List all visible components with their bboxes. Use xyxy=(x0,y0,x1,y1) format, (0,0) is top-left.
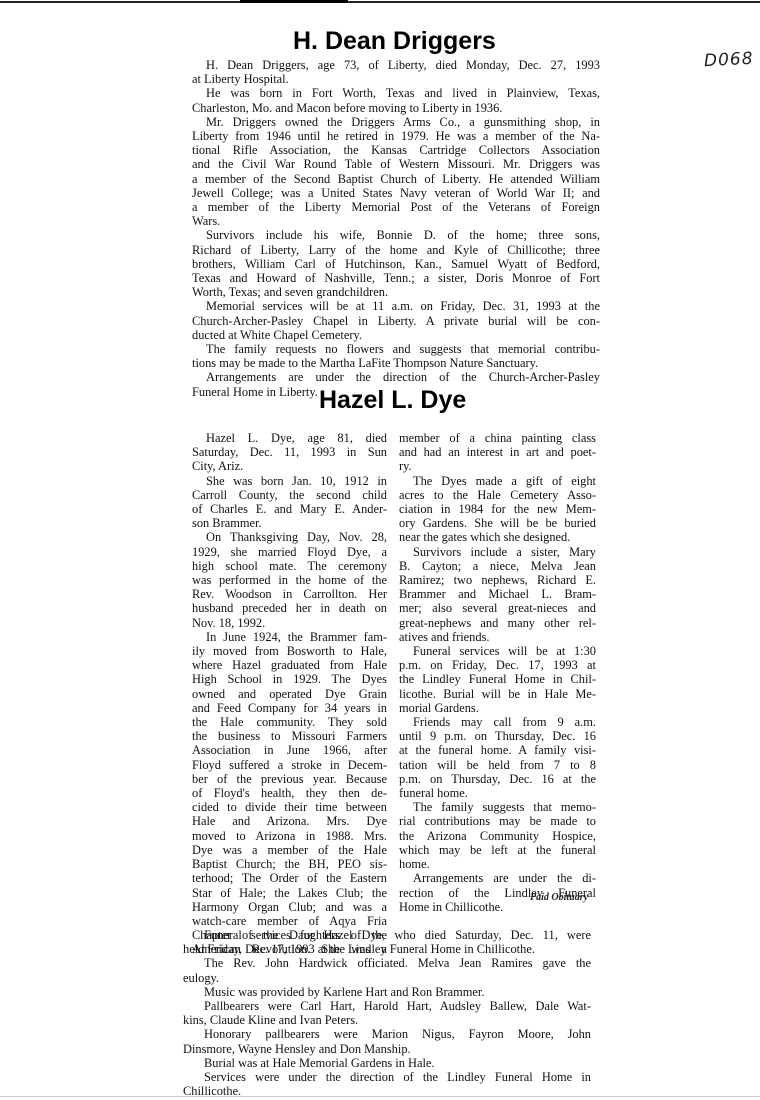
text-line: Ramirez; two nephews, Richard E. xyxy=(399,573,596,587)
text-line: Friends may call from 9 a.m. xyxy=(399,715,596,729)
text-line: Rev. Woodson in Carrollton. Her xyxy=(192,587,387,601)
text-line: morial Gardens. xyxy=(399,701,596,715)
text-line: member of a china painting class xyxy=(399,431,596,445)
text-line: H. Dean Driggers, age 73, of Liberty, di… xyxy=(192,58,600,72)
text-line: On Thanksgiving Day, Nov. 28, xyxy=(192,530,387,544)
text-line: Dye was a member of the Hale xyxy=(192,843,387,857)
text-line: He was born in Fort Worth, Texas and liv… xyxy=(192,86,600,100)
text-line: and the Civil War Round Table of Western… xyxy=(192,157,600,171)
text-line: funeral home. xyxy=(399,786,596,800)
text-line: home. xyxy=(399,857,596,871)
text-line: The family requests no flowers and sugge… xyxy=(192,342,600,356)
text-line: ducted at White Chapel Cemetery. xyxy=(192,328,600,342)
text-line: Arrangements are under the direction of … xyxy=(192,370,600,384)
text-line: The family suggests that memo- xyxy=(399,800,596,814)
page-top-rule xyxy=(0,1,760,3)
text-line: Hale and Arizona. Mrs. Dye xyxy=(192,814,387,828)
text-line: which may be left at the funeral xyxy=(399,843,596,857)
obituary-body-dye-left-column: Hazel L. Dye, age 81, diedSaturday, Dec.… xyxy=(192,431,387,957)
text-line: terhood; The Order of the Eastern xyxy=(192,871,387,885)
text-line: ory Gardens. She will be be buried xyxy=(399,516,596,530)
text-line: husband preceded her in death on xyxy=(192,601,387,615)
text-line: eulogy. xyxy=(183,971,591,985)
text-line: High School in 1929. The Dyes xyxy=(192,672,387,686)
text-line: Burial was at Hale Memorial Gardens in H… xyxy=(183,1056,591,1070)
text-line: moved to Arizona in 1988. Mrs. xyxy=(192,829,387,843)
text-line: Carroll County, the second child xyxy=(192,488,387,502)
text-line: brothers, William Carl of Hutchinson, Ka… xyxy=(192,257,600,271)
text-line: Texas and Howard of Nashville, Tenn.; a … xyxy=(192,271,600,285)
text-line: Mr. Driggers owned the Driggers Arms Co.… xyxy=(192,115,600,129)
funeral-report-dye: Funeral services for Hazel Dye, who died… xyxy=(183,928,591,1098)
text-line: at the funeral home. A family visi- xyxy=(399,743,596,757)
text-line: City, Ariz. xyxy=(192,459,387,473)
text-line: In June 1924, the Brammer fam- xyxy=(192,630,387,644)
text-line: mer; also several great-nieces and xyxy=(399,601,596,615)
text-line: Star of Hale; the Lakes Club; the xyxy=(192,886,387,900)
text-line: of Charles E. and Mary E. Ander- xyxy=(192,502,387,516)
text-line: Church-Archer-Pasley Chapel in Liberty. … xyxy=(192,314,600,328)
text-line: The Rev. John Hardwick officiated. Melva… xyxy=(183,956,591,970)
text-line: the Lindley Funeral Home in Chil- xyxy=(399,672,596,686)
page-top-clipping-edge xyxy=(240,0,348,3)
text-line: great-nephews and many other rel- xyxy=(399,616,596,630)
text-line: cided to divide their time between xyxy=(192,800,387,814)
text-line: tation will be held from 7 to 8 xyxy=(399,758,596,772)
text-line: ily moved from Bosworth to Hale, xyxy=(192,644,387,658)
text-line: the Arizona Community Hospice, xyxy=(399,829,596,843)
text-line: and had an interest in art and poet- xyxy=(399,445,596,459)
text-line: until 9 p.m. on Thursday, Dec. 16 xyxy=(399,729,596,743)
text-line: Brammer and Michael L. Bram- xyxy=(399,587,596,601)
text-line: Wars. xyxy=(192,214,600,228)
obituary-body-dye-right-column: member of a china painting classand had … xyxy=(399,431,596,914)
text-line: kins, Claude Kline and Ivan Peters. xyxy=(183,1013,591,1027)
obituary-title-dye: Hazel L. Dye xyxy=(319,386,466,415)
text-line: licothe. Burial will be in Hale Me- xyxy=(399,687,596,701)
text-line: a member of the Second Baptist Church of… xyxy=(192,172,600,186)
text-line: at Liberty Hospital. xyxy=(192,72,600,86)
text-line: Music was provided by Karlene Hart and R… xyxy=(183,985,591,999)
text-line: the business to Missouri Farmers xyxy=(192,729,387,743)
text-line: The Dyes made a gift of eight xyxy=(399,474,596,488)
text-line: ry. xyxy=(399,459,596,473)
text-line: Funeral services will be at 1:30 xyxy=(399,644,596,658)
text-line: ber of the previous year. Because xyxy=(192,772,387,786)
text-line: Funeral services for Hazel Dye, who died… xyxy=(183,928,591,942)
text-line: Charleston, Mo. and Macon before moving … xyxy=(192,101,600,115)
text-line: held Friday, Dec. 17, 1993 at the Lindle… xyxy=(183,942,591,956)
text-line: acres to the Hale Cemetery Asso- xyxy=(399,488,596,502)
text-line: owned and operated Dye Grain xyxy=(192,687,387,701)
text-line: the Hale community. They sold xyxy=(192,715,387,729)
text-line: p.m. on Friday, Dec. 17, 1993 at xyxy=(399,658,596,672)
text-line: Association in June 1966, after xyxy=(192,743,387,757)
text-line: tional Rifle Association, the Kansas Car… xyxy=(192,143,600,157)
text-line: Liberty from 1946 until he retired in 19… xyxy=(192,129,600,143)
text-line: Baptist Church; the BH, PEO sis- xyxy=(192,857,387,871)
text-line: Survivors include his wife, Bonnie D. of… xyxy=(192,228,600,242)
text-line: atives and friends. xyxy=(399,630,596,644)
text-line: where Hazel graduated from Hale xyxy=(192,658,387,672)
text-line: tions may be made to the Martha LaFite T… xyxy=(192,356,600,370)
text-line: Pallbearers were Carl Hart, Harold Hart,… xyxy=(183,999,591,1013)
text-line: Survivors include a sister, Mary xyxy=(399,545,596,559)
text-line: rial contributions may be made to xyxy=(399,814,596,828)
text-line: son Brammer. xyxy=(192,516,387,530)
text-line: Richard of Liberty, Larry of the home an… xyxy=(192,243,600,257)
text-line: near the gates which she designed. xyxy=(399,530,596,544)
text-line: Arrangements are under the di- xyxy=(399,871,596,885)
obituary-title-driggers: H. Dean Driggers xyxy=(293,27,496,56)
text-line: and Feed Company for 34 years in xyxy=(192,701,387,715)
text-line: She was born Jan. 10, 1912 in xyxy=(192,474,387,488)
obituary-body-driggers: H. Dean Driggers, age 73, of Liberty, di… xyxy=(192,58,600,399)
text-line: Worth, Texas; and seven grandchildren. xyxy=(192,285,600,299)
page-bottom-edge xyxy=(0,1096,760,1097)
text-line: Hazel L. Dye, age 81, died xyxy=(192,431,387,445)
handwritten-archive-number: D068 xyxy=(704,49,755,72)
paid-obituary-label: Paid Obituary xyxy=(530,892,588,903)
text-line: p.m. on Thursday, Dec. 16 at the xyxy=(399,772,596,786)
text-line: Services were under the direction of the… xyxy=(183,1070,591,1084)
text-line: Honorary pallbearers were Marion Nigus, … xyxy=(183,1027,591,1041)
text-line: Memorial services will be at 11 a.m. on … xyxy=(192,299,600,313)
text-line: watch-care member of Aqya Fria xyxy=(192,914,387,928)
text-line: of Floyd's health, they then de- xyxy=(192,786,387,800)
text-line: Harmony Organ Club; and was a xyxy=(192,900,387,914)
text-line: Nov. 18, 1992. xyxy=(192,616,387,630)
text-line: 1929, she married Floyd Dye, a xyxy=(192,545,387,559)
text-line: was performed in the home of the xyxy=(192,573,387,587)
text-line: Dinsmore, Wayne Hensley and Don Manship. xyxy=(183,1042,591,1056)
text-line: Floyd suffered a stroke in Decem- xyxy=(192,758,387,772)
text-line: high school mate. The ceremony xyxy=(192,559,387,573)
text-line: B. Cayton; a niece, Melva Jean xyxy=(399,559,596,573)
text-line: a member of the Liberty Memorial Post of… xyxy=(192,200,600,214)
text-line: Saturday, Dec. 11, 1993 in Sun xyxy=(192,445,387,459)
text-line: Jewell College; was a United States Navy… xyxy=(192,186,600,200)
text-line: ciation in 1984 for the new Mem- xyxy=(399,502,596,516)
